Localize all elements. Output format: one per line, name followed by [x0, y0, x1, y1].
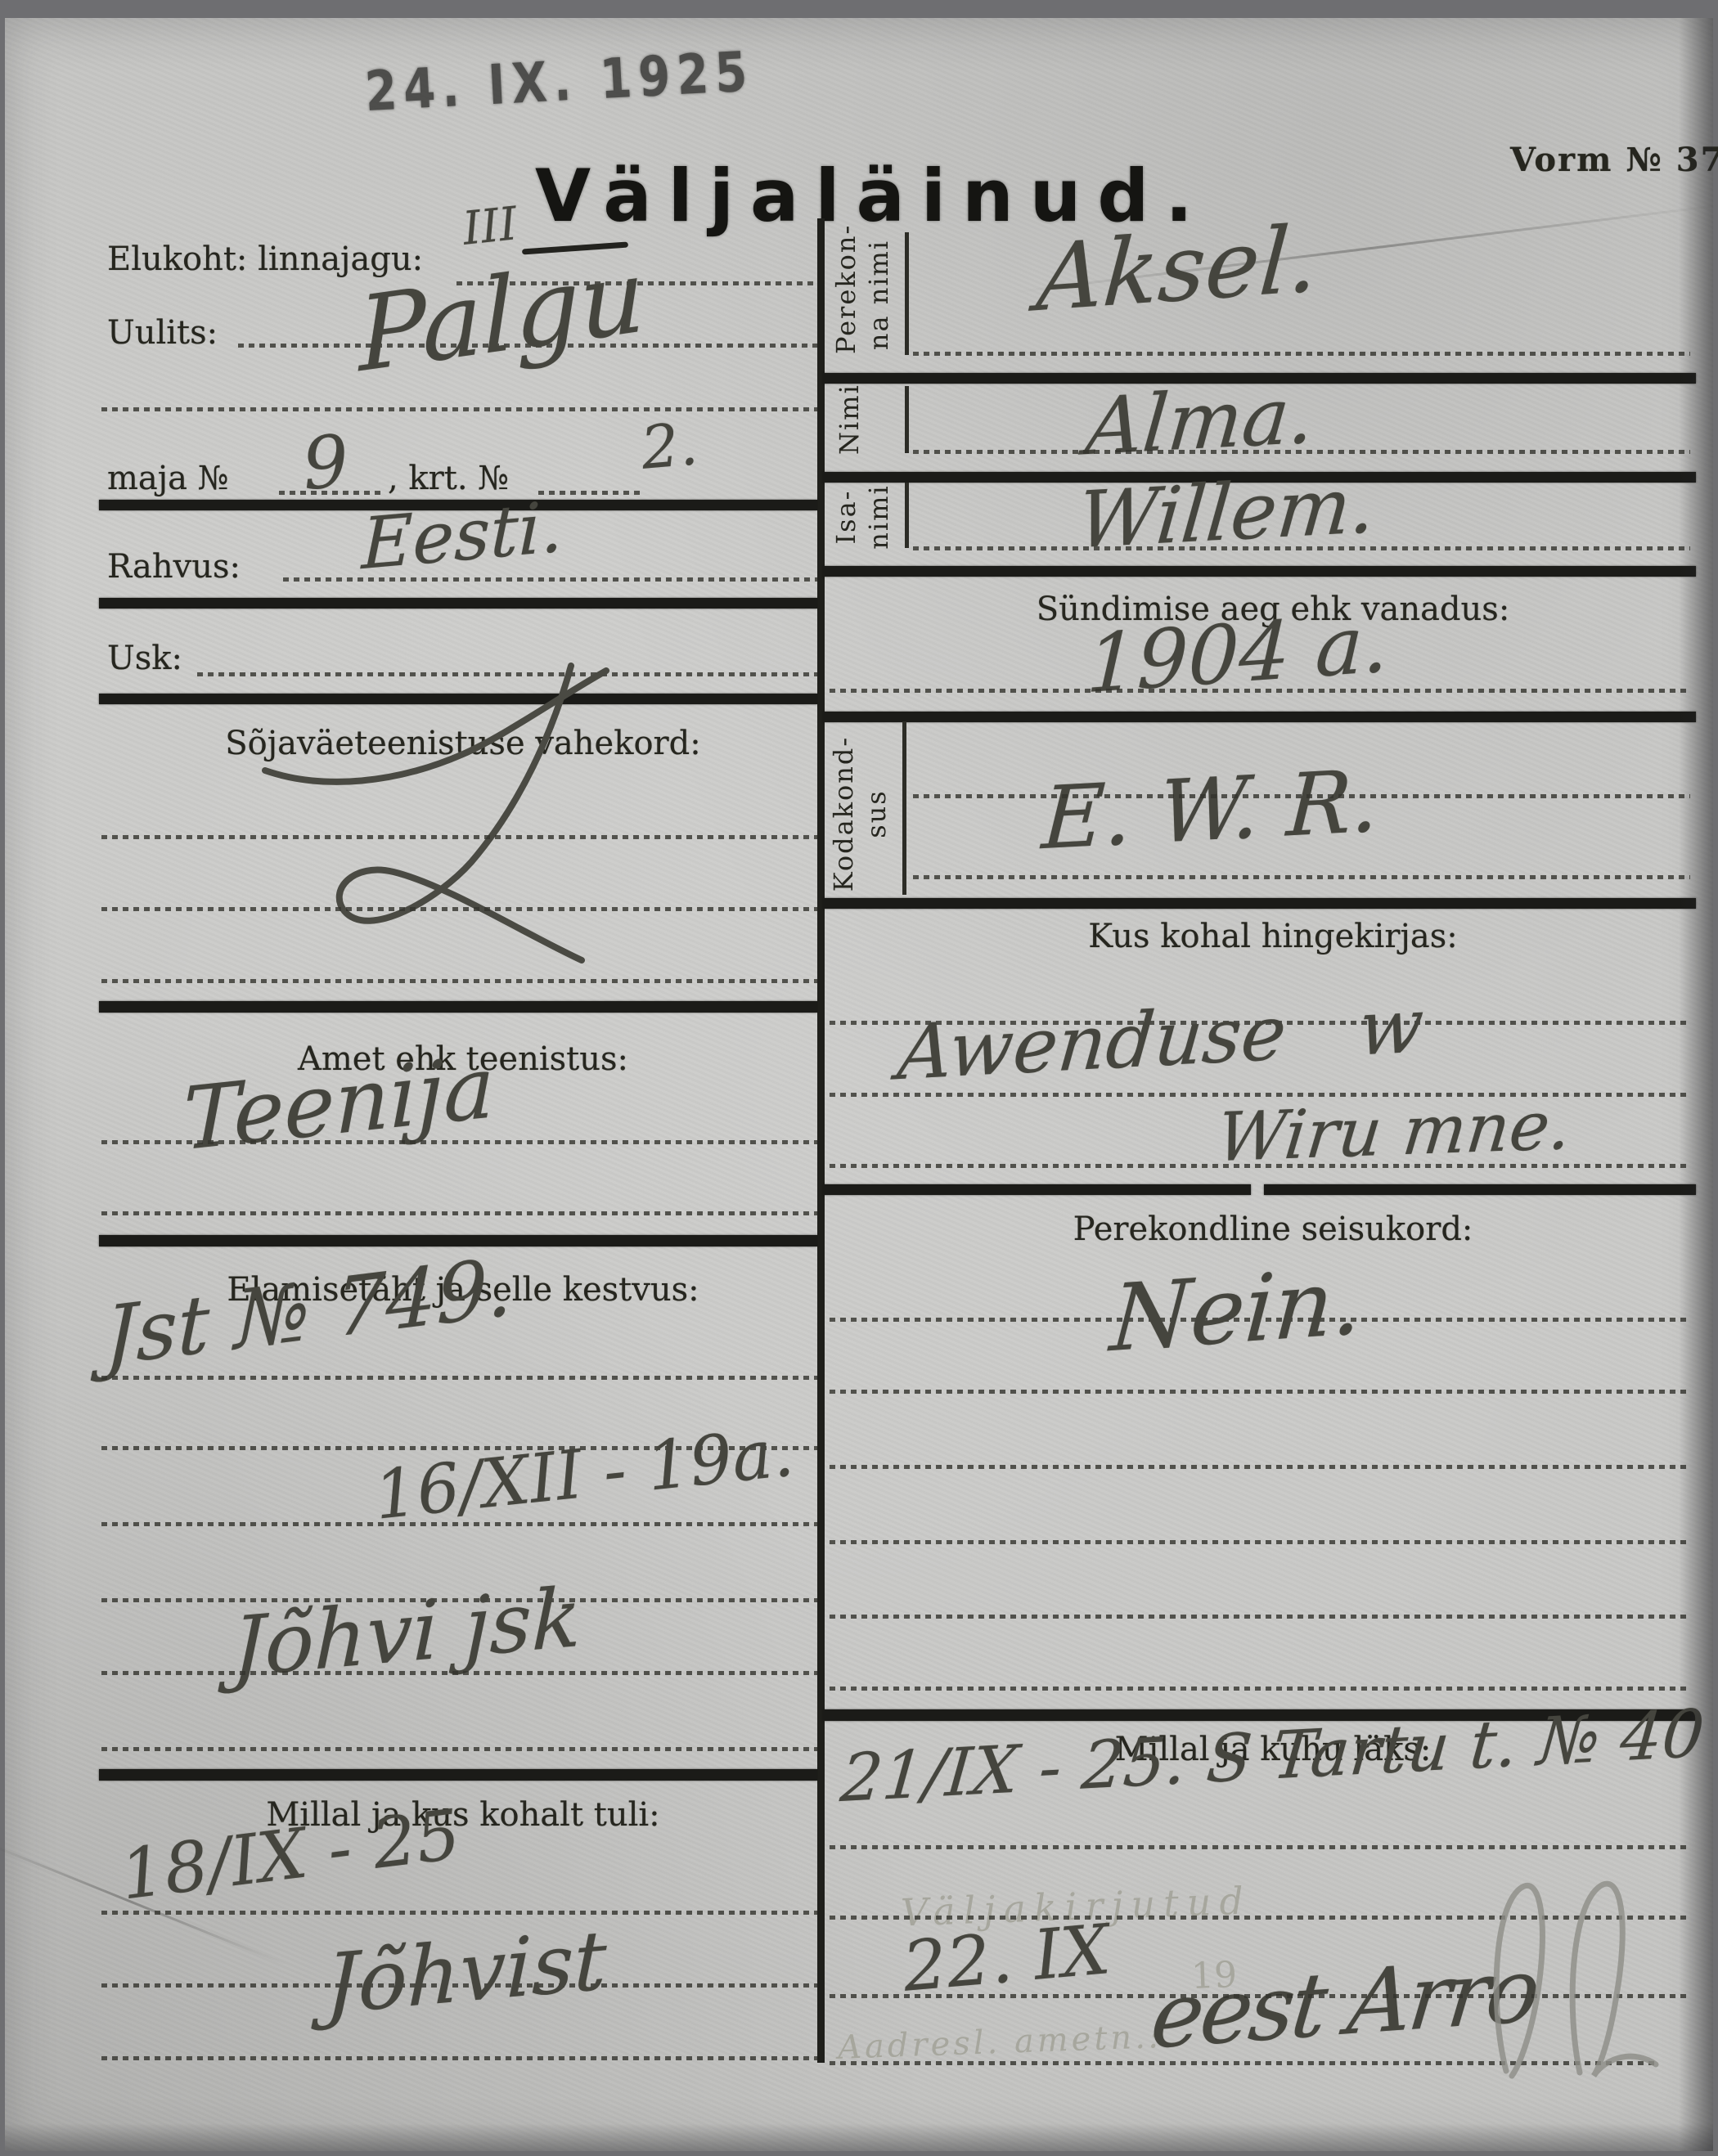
scan-edge-shadow-right — [1679, 18, 1713, 2151]
father-name-label-line2: nimi — [863, 484, 894, 549]
rule-bar — [99, 1001, 817, 1013]
dotted-line — [913, 546, 1690, 550]
date-received-stamp: 24. IX. 1925 — [363, 40, 755, 124]
father-name-label: Isa- nimi — [830, 484, 895, 550]
rule-bar — [99, 1235, 817, 1246]
religion-label: Usk: — [107, 640, 182, 677]
dotted-line — [101, 835, 817, 839]
column-divider — [817, 218, 825, 2063]
dotted-line — [913, 875, 1690, 879]
dotted-line — [101, 1376, 817, 1380]
pencil-signature — [1469, 1860, 1690, 2097]
label-separator-line — [905, 232, 909, 355]
deregistered-date-value: 22. IX — [900, 1909, 1113, 2007]
scanned-form: 24. IX. 1925 Väljaläinud. Vorm № 37. Elu… — [0, 0, 1718, 2156]
dotted-line — [913, 450, 1690, 454]
citizenship-value: E. W. R. — [1040, 751, 1382, 869]
family-name-label-line2: na nimi — [863, 240, 894, 350]
dotted-line — [101, 1671, 817, 1675]
rule-bar — [1264, 1184, 1696, 1195]
dotted-line — [830, 1164, 1690, 1168]
arrival-place-value: Jõhvist — [325, 1912, 607, 2033]
dotted-line — [830, 1540, 1690, 1544]
marital-status-value: Nein. — [1107, 1248, 1365, 1372]
military-service-flourish — [193, 656, 627, 983]
rule-bar — [99, 1769, 817, 1781]
parish-register-label: Kus kohal hingekirjas: — [905, 918, 1641, 955]
street-label: Uulits: — [107, 314, 218, 352]
family-name-label: Perekon- na nimi — [830, 236, 895, 354]
rule-bar — [823, 898, 1696, 909]
rule-bar — [99, 598, 817, 609]
permit-district-value: Jõhvi jsk — [232, 1569, 582, 1696]
dotted-line — [101, 907, 817, 911]
apartment-value: 2. — [638, 409, 700, 483]
family-name-value: Aksel. — [1033, 206, 1321, 333]
paper-sheet: 24. IX. 1925 Väljaläinud. Vorm № 37. Elu… — [5, 18, 1713, 2151]
dotted-line — [101, 407, 817, 411]
dotted-line — [830, 1615, 1690, 1619]
father-name-label-line1: Isa- — [830, 490, 861, 545]
permit-duration-value: 16/XII - 19a. — [371, 1414, 797, 1535]
dotted-line — [101, 1911, 817, 1915]
dotted-line — [101, 1211, 817, 1215]
rule-bar — [823, 1184, 1251, 1195]
nationality-value: Eesti. — [361, 486, 564, 586]
dotted-line — [913, 794, 1690, 798]
dotted-line — [830, 1390, 1690, 1394]
first-name-label: Nimi — [833, 388, 872, 455]
dotted-line — [830, 689, 1690, 693]
label-separator-line — [902, 721, 906, 895]
nationality-label: Rahvus: — [107, 548, 241, 586]
dotted-line — [101, 2056, 817, 2060]
first-name-label-text: Nimi — [834, 384, 865, 455]
address-official-stamp: Aadresl. ametn.: — [837, 2018, 1163, 2067]
label-separator-line — [905, 483, 909, 548]
dotted-line — [101, 979, 817, 983]
house-number-label: maja № — [107, 460, 229, 497]
dotted-line — [101, 1747, 817, 1751]
family-name-label-line1: Perekon- — [830, 224, 861, 354]
district-value: III — [461, 197, 520, 256]
citizenship-label: Kodakond- sus — [827, 734, 893, 894]
dotted-line — [913, 352, 1690, 356]
rule-bar — [823, 566, 1696, 577]
parish-register-value1: Awenduse w — [894, 981, 1427, 1097]
scan-edge-shadow-bottom — [5, 2123, 1713, 2151]
dotted-line — [101, 1140, 817, 1144]
dotted-line — [830, 1845, 1690, 1849]
permit-number-value: Jst № 749. — [104, 1240, 513, 1384]
first-name-value: Alma. — [1082, 369, 1318, 473]
label-separator-line — [905, 386, 909, 453]
residence-label: Elukoht: linnajagu: — [107, 240, 423, 278]
marital-status-label: Perekondline seisukord: — [905, 1211, 1641, 1248]
dotted-line — [830, 1465, 1690, 1469]
dotted-line — [101, 1522, 817, 1526]
citizenship-label-line2: sus — [861, 789, 892, 838]
house-number-value: 9 — [299, 419, 351, 506]
rule-bar — [823, 712, 1696, 722]
citizenship-label-line1: Kodakond- — [828, 736, 859, 892]
dotted-line — [830, 1687, 1690, 1691]
